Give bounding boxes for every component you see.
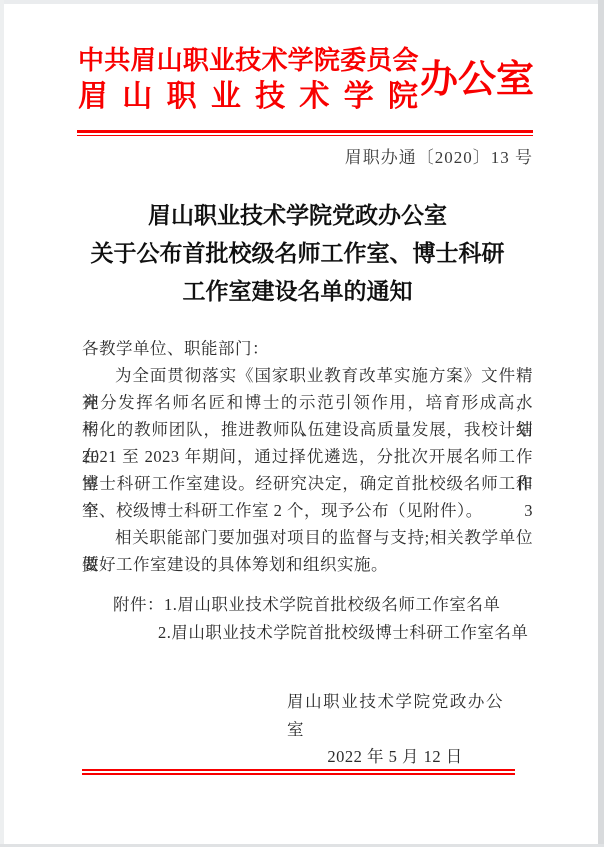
- title-line-2: 关于公布首批校级名师工作室、博士科研: [75, 235, 520, 273]
- signature-block: 眉山职业技术学院党政办公室 2022 年 5 月 12 日: [287, 688, 503, 771]
- body-salutation: 各教学单位、职能部门：: [82, 335, 533, 362]
- attachments-list: 附件：1.眉山职业技术学院首批校级名师工作室名单 2.眉山职业技术学院首批校级博…: [113, 591, 528, 647]
- title-line-3: 工作室建设名单的通知: [75, 273, 520, 311]
- body-line: 为全面贯彻落实《国家职业教育改革实施方案》文件精神，: [82, 362, 533, 389]
- issuer-committee-name: 中共眉山职业技术学院委员会: [78, 44, 418, 78]
- page-edge-top: [0, 0, 604, 4]
- signature-unit: 眉山职业技术学院党政办公室: [287, 688, 503, 743]
- page-edge-right: [598, 0, 604, 847]
- document-body: 各教学单位、职能部门： 为全面贯彻落实《国家职业教育改革实施方案》文件精神， 充…: [82, 335, 533, 578]
- issuer-office-label: 办公室: [420, 60, 534, 100]
- letterhead: 中共眉山职业技术学院委员会 眉山职业技术学院 办公室: [78, 44, 534, 116]
- body-line: 博士科研工作室建设。经研究决定，确定首批校级名师工作室 3: [82, 470, 533, 497]
- title-line-1: 眉山职业技术学院党政办公室: [75, 197, 520, 235]
- body-line: 相关职能部门要加强对项目的监督与支持;相关教学单位要: [82, 524, 533, 551]
- page-edge-left: [0, 0, 4, 847]
- document-page: 中共眉山职业技术学院委员会 眉山职业技术学院 办公室 眉职办通〔2020〕13 …: [0, 0, 604, 847]
- header-red-rule: [77, 130, 533, 136]
- attachment-item-2: 2.眉山职业技术学院首批校级博士科研工作室名单: [158, 619, 528, 647]
- footer-red-rule: [82, 769, 515, 775]
- issuer-college-name: 眉山职业技术学院: [78, 78, 418, 116]
- signature-date: 2022 年 5 月 12 日: [287, 743, 503, 771]
- body-line: 做好工作室建设的具体筹划和组织实施。: [82, 551, 533, 578]
- document-title: 眉山职业技术学院党政办公室 关于公布首批校级名师工作室、博士科研 工作室建设名单…: [75, 197, 520, 311]
- body-line: 构化的教师团队，推进教师队伍建设高质量发展，我校计划在: [82, 416, 533, 443]
- body-line: 个、校级博士科研工作室 2 个，现予公布（见附件）。: [82, 497, 533, 524]
- letterhead-issuers: 中共眉山职业技术学院委员会 眉山职业技术学院: [78, 44, 418, 116]
- body-line: 充分发挥名师名匠和博士的示范引领作用，培育形成高水平、结: [82, 389, 533, 416]
- body-line: 2021 至 2023 年期间，通过择优遴选，分批次开展名师工作室和: [82, 443, 533, 470]
- attachment-item-1: 附件：1.眉山职业技术学院首批校级名师工作室名单: [113, 591, 528, 619]
- document-number: 眉职办通〔2020〕13 号: [77, 147, 533, 169]
